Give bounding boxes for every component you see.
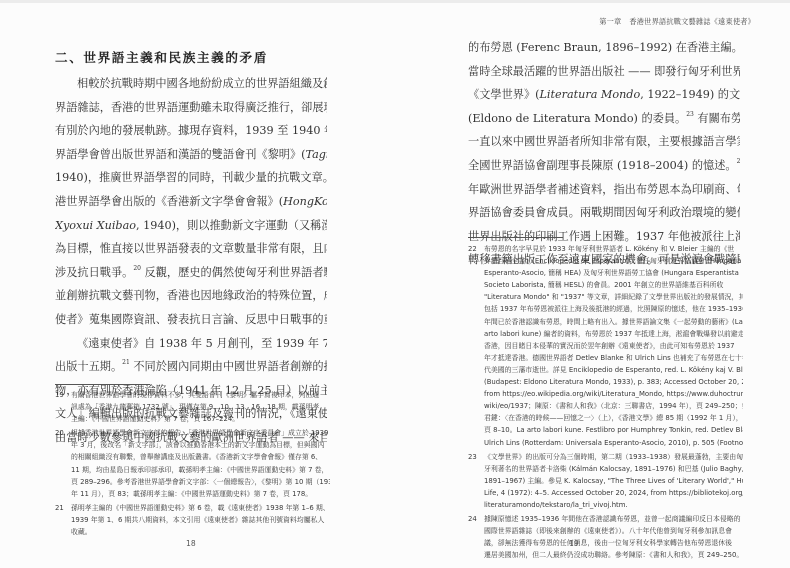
footnote-line: "Literatura Mondo" 和 "1937" 等文章，詳細紀錄了文學世… [484, 291, 743, 303]
footnote: 20根據香港世界語學會新文字部的報告，「香港世界語學會新文字委員會」成立於 19… [55, 427, 330, 500]
footnote-number: 23 [468, 451, 477, 463]
footnote-line: 香港，因目睹日本侵華的實況而於翌年創辦《遠東使者》，由此可知布勞恩於 1937 [484, 340, 743, 352]
footnote-line: 頁 289–296。參考香港世界語學會新文字部：〈一個總報告〉，《黎明》第 10… [71, 476, 330, 488]
section-title: 二、世界語主義和民族主義的矛盾 [55, 47, 268, 66]
italic-title: Tagigo [306, 148, 328, 161]
footnote-line: 布勞恩的名字早見於 1933 年匈牙利世界語者 L. Kökény 和 V. B… [484, 243, 743, 255]
body-line-text: 使者》蒐集國際資訊、發表抗日言論、反思中日戰事的重要平台。 [55, 313, 327, 326]
body-line-text: 界語學會曾出版世界語和漢語的雙語會刊《黎明》( [55, 148, 306, 161]
body-line-text: 不同於國內同期由中國世界語者創辦的抗戰刊 [130, 360, 327, 373]
body-line-text: 出版十五期。 [55, 360, 122, 373]
body-line: (Eldono de Literatura Mondo) 的委員。23 有關布勞… [468, 107, 740, 131]
footnotes: 22布勞恩的名字早見於 1933 年匈牙利世界語者 L. Kökény 和 V.… [468, 243, 743, 563]
footnote-line: 《文學世界》的出版可分為三個時期，第二期（1933–1938）發展最蓬勃，主要由… [484, 451, 743, 463]
footnote-line: 根據香港世界語學會新文字部的報告，「香港世界語學會新文字委員會」成立於 1939 [71, 427, 330, 439]
footnote-number: 21 [55, 502, 64, 514]
footnote-line: 11 期，均由星島日報承印部承印，載孫明孝主編：《中國世界語運動史料》第 7 卷… [71, 464, 330, 476]
footnote-line: 年間已於香港認識布勞恩，時間上略有出入。據世界語論文集《一起勞動的藝術》(La [484, 316, 743, 328]
body-line-text: , 1922–1949) 的文學世界出版社 [640, 88, 740, 101]
page-number: 19 [569, 539, 579, 548]
right-page: 第一章香港世界語抗戰文藝雜誌《遠東使者》 的布勞恩 (Ferenc Braun,… [395, 0, 790, 568]
footnote-line: 1891–1967) 主編。參見 K. Kalocsay, "The Three… [484, 475, 743, 487]
footnote-line: 年才抵達香港。德國世界語者 Detlev Blanke 和 Ulrich Lin… [484, 352, 743, 364]
body-line-text: 年歐洲世界語學者補述資料，指出布勞恩本為印刷商、匈牙利世 [468, 183, 740, 196]
body-line-text: 1940)，推廣世界語學習的同時，刊載少量的抗戰文章。 [55, 171, 327, 184]
body-line: 年歐洲世界語學者補述資料，指出布勞恩本為印刷商、匈牙利世 [468, 178, 740, 202]
running-head-title: 香港世界語抗戰文藝雜誌《遠東使者》 [629, 17, 755, 26]
footnote-line: 主編：《中國世界語運動史料》第 7 卷，頁 167–224。 [71, 413, 330, 425]
footnote-ref[interactable]: 20 [133, 265, 141, 272]
body-line-text: 《遠東使者》自 1938 年 5 月創刊，至 1939 年 7 月停刊，共 [77, 337, 327, 350]
footnote-line: 有關香港世界語學會的現存資料不多，其雙語會刊《黎明》屬手寫複印本，列出通 [71, 389, 330, 401]
body-line-text: 反觀，歷史的偶然使匈牙利世界語者駐留香港 [141, 266, 327, 279]
footnote: 24據陳原憶述 1935–1936 年間他在香港認識布勞恩，並曾一起商議編印反日… [468, 513, 743, 561]
footnote-number: 19 [55, 389, 64, 401]
running-head: 第一章香港世界語抗戰文藝雜誌《遠東使者》 [599, 17, 755, 27]
italic-title: Xyoxui Xuibao [55, 219, 136, 232]
footnote-line: 年 3 月，後改名「新文字部」，該會以推動香港本土的新文字運動為目標，但與國內 [71, 439, 330, 451]
body-line-text: 的布勞恩 (Ferenc Braun, 1896–1992) 在香港主編。 [468, 41, 740, 54]
footnote: 22布勞恩的名字早見於 1933 年匈牙利世界語者 L. Kökény 和 V.… [468, 243, 743, 449]
body-line: 的布勞恩 (Ferenc Braun, 1896–1992) 在香港主編。22 … [468, 36, 740, 60]
italic-title: HongKong Sin Wenz [283, 195, 327, 208]
body-line: 全國世界語協會副理事長陳原 (1918–2004) 的憶述。24 直至近 [468, 154, 740, 178]
footnote-number: 22 [468, 243, 477, 255]
body-line: 相較於抗戰時期中國各地紛紛成立的世界語組織及創辦世 [55, 72, 327, 96]
body-line: 當時全球最活躍的世界語出版社 —— 即發行匈牙利世界語雜誌 [468, 60, 740, 84]
footnote-line: 議，卻無法獲得布勞恩的任何消息，後由一位匈牙利女科學家轉告他布勞恩退休後 [484, 537, 743, 549]
body-line-text: 當時全球最活躍的世界語出版社 —— 即發行匈牙利世界語雜誌 [468, 65, 740, 78]
body-line-text: (Eldono de Literatura Mondo) 的委員。 [468, 112, 686, 125]
footnote-line: Life, 4 (1972): 4–5. Accessed October 20… [484, 487, 743, 499]
body-line-text: 並創辦抗戰文藝刊物，香港也因地緣政治的特殊位置，成為《遠東 [55, 289, 327, 302]
footnote-line: from https://eo.wikipedia.org/wiki/Liter… [484, 388, 743, 400]
footnotes: 19有關香港世界語學會的現存資料不多，其雙語會刊《黎明》屬手寫複印本，列出通訊處… [55, 389, 330, 540]
footnote-line: 收藏。 [71, 526, 330, 538]
body-line-text: 界語雜誌，香港的世界語運動雖未取得廣泛推行，卻展現出顯著 [55, 101, 327, 114]
footnote-line: Esperanto-Asocio, 簡稱 HEA) 及匈牙利世界語勞工協會 (H… [484, 267, 743, 279]
body-line: 港世界語學會出版的《香港新文字學會會報》(HongKong Sin Wenz [55, 190, 327, 214]
body-line: 一直以來中國世界語者所知非常有限，主要根據語言學家、中華 [468, 130, 740, 154]
footnote-line: 訊處為「香港九龍郵箱 1732 號」，現僅存第 9、10、13、16、18 期，… [71, 401, 330, 413]
footnote: 23《文學世界》的出版可分為三個時期，第二期（1933–1938）發展最蓬勃，主… [468, 451, 743, 511]
body-line: Xyoxui Xuibao, 1940)，則以推動新文字運動（又稱漢字拉丁化運動… [55, 214, 327, 238]
body-line-text: 涉及抗日戰爭。 [55, 266, 133, 279]
footnote-line: 君鍵：〈在香港的時候——回憶之一〉（上），《香港文學》總 85 期（1992 年… [484, 412, 743, 424]
body-line-text: 《文學世界》( [468, 88, 540, 101]
footnote-divider [55, 384, 150, 385]
footnote-line: 1939 年第 1、6 期共八期資料，本文引用《遠東使者》雜誌其他刊號資料均屬私… [71, 514, 330, 526]
body-line-text: , 1940)，則以推動新文字運動（又稱漢字拉丁化運動） [136, 219, 327, 232]
footnote-line: 界語百科全書》(Enciklopedio de Esperanto)，曾任匈牙利… [484, 255, 743, 267]
body-line-text: 為目標，惟直接以世界語發表的文章數量非常有限，且內容並未 [55, 242, 327, 255]
footnote-number: 20 [55, 427, 64, 439]
footnote-ref[interactable]: 24 [737, 158, 740, 165]
body-line: 《遠東使者》自 1938 年 5 月創刊，至 1939 年 7 月停刊，共 [55, 332, 327, 356]
footnote-line: 據陳原憶述 1935–1936 年間他在香港認識布勞恩，並曾一起商議編印反日本侵… [484, 513, 743, 525]
body-line: 並創辦抗戰文藝刊物，香港也因地緣政治的特殊位置，成為《遠東 [55, 284, 327, 308]
footnote: 19有關香港世界語學會的現存資料不多，其雙語會刊《黎明》屬手寫複印本，列出通訊處… [55, 389, 330, 425]
body-line-text: 全國世界語協會副理事長陳原 (1918–2004) 的憶述。 [468, 159, 737, 172]
body-line-text: 一直以來中國世界語者所知非常有限，主要根據語言學家、中華 [468, 135, 740, 148]
body-line-text: 界語協會委員會成員。兩戰期間因匈牙利政治環境的變化，文學 [468, 206, 740, 219]
footnote-line: 國際世界語雜誌（即後來創辦的《遠東使者》）。八十年代他曾到匈牙利參加訊息會 [484, 525, 743, 537]
left-page: 二、世界語主義和民族主義的矛盾 相較於抗戰時期中國各地紛紛成立的世界語組織及創辦… [0, 0, 395, 568]
footnote-line: Ulrich Lins (Rotterdam: Universala Esper… [484, 437, 743, 449]
body-line: 出版十五期。21 不同於國內同期由中國世界語者創辦的抗戰刊 [55, 355, 327, 379]
footnote-ref[interactable]: 21 [122, 359, 130, 366]
footnote-number: 24 [468, 513, 477, 525]
body-line: 為目標，惟直接以世界語發表的文章數量非常有限，且內容並未 [55, 237, 327, 261]
footnote-line: 頁 8–10。La arto labori kune. Festlibro po… [484, 424, 743, 436]
italic-title: Literatura Mondo [540, 88, 641, 101]
footnote-line: Societo Laborista, 簡稱 HESL) 的會員。2001 年創立… [484, 279, 743, 291]
footnote-line: (Budapest: Eldono Literatura Mondo, 1933… [484, 376, 743, 388]
body-line-text: 港世界語學會出版的《香港新文字學會會報》( [55, 195, 283, 208]
footnote: 21孫明孝主編的《中國世界語運動史料》第 6 卷，載《遠東使者》1938 年第 … [55, 502, 330, 538]
page-number: 18 [186, 539, 196, 548]
body-line: 使者》蒐集國際資訊、發表抗日言論、反思中日戰事的重要平台。 [55, 308, 327, 332]
body-line: 界語協會委員會成員。兩戰期間因匈牙利政治環境的變化，文學 [468, 201, 740, 225]
body-line-text: 有關布勞恩的生平資料， [694, 112, 740, 125]
body-line: 1940)，推廣世界語學習的同時，刊載少量的抗戰文章。19 同由香 [55, 166, 327, 190]
body-line: 界語學會曾出版世界語和漢語的雙語會刊《黎明》(Tagigo, 1939– [55, 143, 327, 167]
body-line: 《文學世界》(Literatura Mondo, 1922–1949) 的文學世… [468, 83, 740, 107]
footnote-divider [468, 237, 563, 238]
footnote-ref[interactable]: 23 [686, 111, 694, 118]
body-line-text: 有別於內地的發展軌跡。據現存資料，1939 至 1940 年間香港世 [55, 124, 327, 137]
footnote-line: 遷居美國加州，但二人最終仍沒成功聯絡。參考陳原：《書和人和我》，頁 249–25… [484, 549, 743, 561]
footnote-line: 代美國的三藩市逝世。詳見 Enciklopedio de Esperanto, … [484, 364, 743, 376]
body-line: 涉及抗日戰爭。20 反觀，歷史的偶然使匈牙利世界語者駐留香港 [55, 261, 327, 285]
footnote-line: 的相關組織沒有聯繫，曾舉辦講座及出版叢書。《香港新文字學會會報》僅存第 6、 [71, 451, 330, 463]
footnote-line: literaturamondo/tekstaro/la_tri_vivoj.ht… [484, 499, 743, 511]
footnote-line: arto labori kune) 編者的資料，布勞恩於 1937 年抵達上海，… [484, 328, 743, 340]
footnote-line: 年 11 月），頁 83；載孫明孝主編：《中國世界語運動史料》第 7 卷，頁 1… [71, 488, 330, 500]
footnote-line: 孫明孝主編的《中國世界語運動史料》第 6 卷，載《遠東使者》1938 年第 1–… [71, 502, 330, 514]
body-line: 界語雜誌，香港的世界語運動雖未取得廣泛推行，卻展現出顯著 [55, 96, 327, 120]
footnote-line: wiki/eo/1937；陳原：《書和人和我》（北京：三聯書店，1994 年），… [484, 400, 743, 412]
book-spread: 二、世界語主義和民族主義的矛盾 相較於抗戰時期中國各地紛紛成立的世界語組織及創辦… [0, 0, 790, 568]
running-head-chapter: 第一章 [599, 17, 621, 26]
body-line-text: 相較於抗戰時期中國各地紛紛成立的世界語組織及創辦世 [77, 77, 327, 90]
body-line: 有別於內地的發展軌跡。據現存資料，1939 至 1940 年間香港世 [55, 119, 327, 143]
footnote-line: 包括 1937 年布勞恩被派往上海及後抵港的經過，比照陳原的憶述，他在 1935… [484, 303, 743, 315]
footnote-line: 牙利著名的世界語者卡洛柴 (Kálmán Kalocsay, 1891–1976… [484, 463, 743, 475]
